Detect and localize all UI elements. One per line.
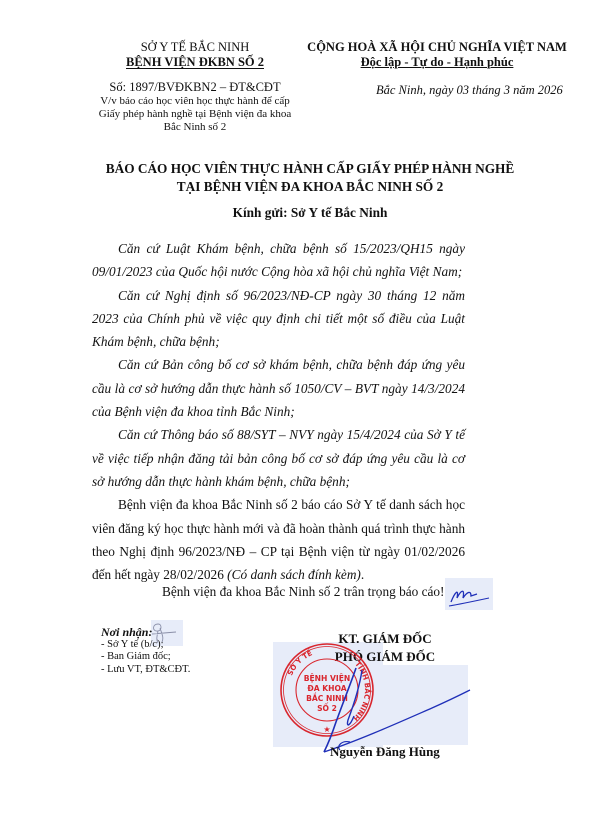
initials-signature-icon [445,580,490,610]
date-line: Bắc Ninh, ngày 03 tháng 3 năm 2026 [376,83,563,98]
document-title: BÁO CÁO HỌC VIÊN THỰC HÀNH CẤP GIẤY PHÉP… [60,160,560,196]
recipients-label: Nơi nhận: [101,626,190,639]
hospital-name: BỆNH VIỆN ĐKBN SỐ 2 [84,55,306,70]
closing-line: Bệnh viện đa khoa Bắc Ninh số 2 trân trọ… [162,584,444,600]
legal-basis-paragraph: Căn cứ Bản công bố cơ sở khám bệnh, chữa… [92,353,465,423]
issuing-agency-block: SỞ Y TẾ BẮC NINH BỆNH VIỆN ĐKBN SỐ 2 Số:… [84,40,306,134]
recipient-item: - Sở Y tế (b/c); [101,639,190,652]
title-line-2: TẠI BỆNH VIỆN ĐA KHOA BẮC NINH SỐ 2 [60,178,560,196]
recipient-item: - Ban Giám đốc; [101,651,190,664]
country-name: CỘNG HOÀ XÃ HỘI CHỦ NGHĨA VIỆT NAM [292,40,582,55]
subject-line-2: Giấy phép hành nghề tại Bệnh viện đa kho… [84,108,306,121]
subject-line-3: Bắc Ninh số 2 [84,121,306,134]
recipients-list: Nơi nhận: - Sở Y tế (b/c); - Ban Giám đố… [101,626,190,676]
legal-basis-paragraph: Căn cứ Luật Khám bệnh, chữa bệnh số 15/2… [92,237,465,284]
report-paragraph: Bệnh viện đa khoa Bắc Ninh số 2 báo cáo … [92,493,465,586]
subject-line-1: V/v báo cáo học viên học thực hành để cấ… [84,95,306,108]
recipient-line: Kính gửi: Sở Y tế Bắc Ninh [60,205,560,221]
legal-basis-paragraph: Căn cứ Thông báo số 88/SYT – NVY ngày 15… [92,423,465,493]
report-end: . [361,567,364,582]
signer-name: Nguyễn Đăng Hùng [330,744,440,760]
national-motto: Độc lập - Tự do - Hạnh phúc [292,55,582,70]
reference-number: Số: 1897/BVĐKBN2 – ĐT&CĐT [84,80,306,95]
legal-basis-paragraph: Căn cứ Nghị định số 96/2023/NĐ-CP ngày 3… [92,284,465,354]
national-header-block: CỘNG HOÀ XÃ HỘI CHỦ NGHĨA VIỆT NAM Độc l… [292,40,582,70]
title-line-1: BÁO CÁO HỌC VIÊN THỰC HÀNH CẤP GIẤY PHÉP… [60,160,560,178]
attachment-note: (Có danh sách đính kèm) [227,567,361,582]
recipient-item: - Lưu VT, ĐT&CĐT. [101,664,190,677]
parent-organization: SỞ Y TẾ BẮC NINH [84,40,306,55]
document-body: Căn cứ Luật Khám bệnh, chữa bệnh số 15/2… [92,237,465,586]
